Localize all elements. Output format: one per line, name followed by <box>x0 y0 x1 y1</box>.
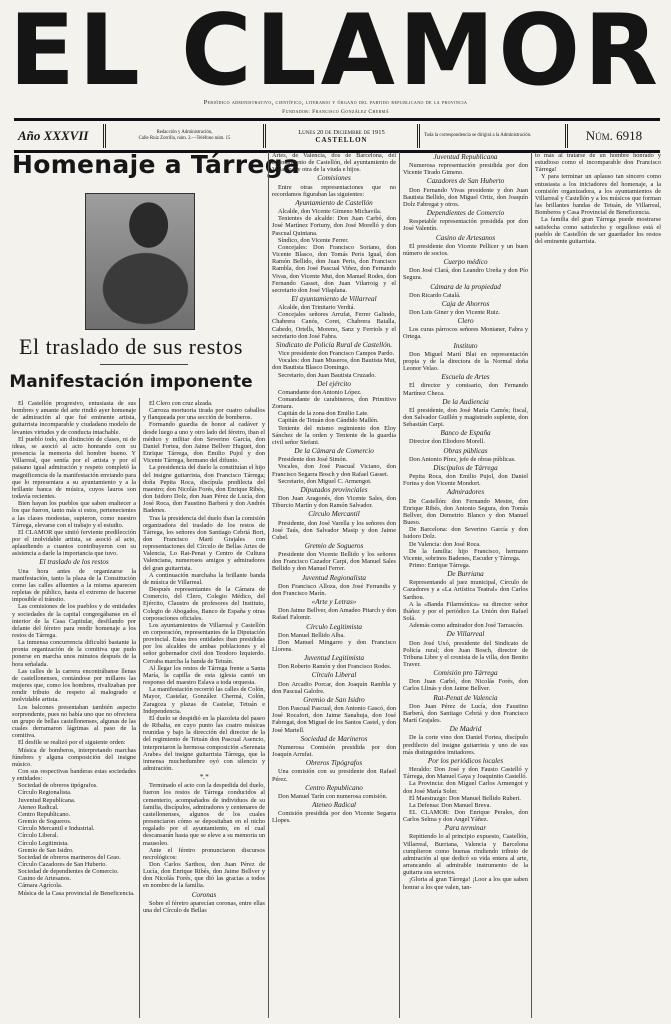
paragraph: Don Carlos Sarthou, don Juan Pérez de Lu… <box>143 861 265 890</box>
paragraph: Capitán de la zona don Emilio Late. <box>272 410 396 417</box>
paragraph: El presidente, don José María Camós; fis… <box>403 407 528 428</box>
paragraph: Además como admirador don José Tarrascón… <box>403 622 528 629</box>
year-label: Año XXXVII <box>14 124 106 148</box>
paragraph: Al llegar los restos de Tárrega frente a… <box>143 665 265 686</box>
paragraph: Presidente, don José Varella y los señor… <box>272 520 396 541</box>
paragraph: Gremio de Sogueros. <box>12 818 136 825</box>
city-name: CASTELLON <box>270 136 413 144</box>
paragraph: Cámara Agrícola. <box>12 882 136 889</box>
subsection-heading: De Madrid <box>403 726 528 733</box>
subsection-heading: Por los periódicos locales <box>403 758 528 765</box>
subsection-heading: Caja de Ahorros <box>403 301 528 308</box>
section-title: Manifestación imponente <box>0 372 262 392</box>
subsection-heading: Comisión pro Tárrega <box>403 670 528 677</box>
subsection-heading: Rat-Penat de Valencia <box>403 695 528 702</box>
subsection-heading: Del ejército <box>272 381 396 388</box>
newspaper-title: EL CLAMOR <box>7 2 665 100</box>
paragraph: Secretario, don Miguel C. Armengot. <box>272 478 396 485</box>
paragraph: El pueblo todo, sin distinción de clases… <box>12 436 136 500</box>
subsection-heading: Instituto <box>403 343 528 350</box>
paragraph: La familia del gran Tárrega puede mostra… <box>535 216 661 245</box>
column-divider <box>139 398 140 1018</box>
subsection-heading: Escuela de Artes <box>403 374 528 381</box>
paragraph: Don Luis Giner y don Vicente Ruiz. <box>403 309 528 316</box>
paragraph: Los balcones presentaban también aspecto… <box>12 704 136 740</box>
column-divider <box>399 152 400 1018</box>
subsection-heading: Juventud Republicana <box>403 154 528 161</box>
issue-number: Núm. 6918 <box>568 124 660 148</box>
paragraph: A la «Banda Filarmónica» su director señ… <box>403 601 528 622</box>
paragraph: Sociedad de dependientes de Comercio. <box>12 868 136 875</box>
article-headline: Homenaje a Tárrega <box>12 150 300 179</box>
paragraph: Comisión presidida por don Vicente Segar… <box>272 810 396 824</box>
subsection-heading: Obras públicas <box>403 448 528 455</box>
founder-line: Fundador: Francisco González Chermá <box>0 109 671 115</box>
paragraph: Don Miguel Martí Blat en representación … <box>403 351 528 372</box>
paragraph: De la familia: hijo Francisco, hermano V… <box>403 548 528 562</box>
paragraph: Don Roberto Ramón y don Francisco Rodes. <box>272 663 396 670</box>
subsection-heading: Cuerpo médico <box>403 259 528 266</box>
subsection-heading: Coronas <box>143 892 265 899</box>
subsection-heading: Comisiones <box>272 175 396 182</box>
subsection-heading: Gremio de Sogueros <box>272 543 396 550</box>
subsection-heading: Centro Republicano <box>272 785 396 792</box>
paragraph: Capitán de Tetuán don Cándido Mallén. <box>272 417 396 424</box>
subsection-heading: Obreros Tipógrafos <box>272 760 396 767</box>
subsection-heading: Discípulos de Tárrega <box>403 465 528 472</box>
paragraph: Concejales señores Arrufat, Ferrer Galin… <box>272 311 396 340</box>
paragraph: Representando al juez municipal, Círculo… <box>403 579 528 600</box>
paragraph: ¡Gloria al gran Tárrega! ¡Loor a los que… <box>403 876 528 890</box>
paragraph: Presidente don José Simón. <box>272 456 396 463</box>
paragraph: La Provincia: don Miguel Carlos Armengot… <box>403 780 528 794</box>
paragraph: Música de la Casa provincial de Benefice… <box>12 890 136 897</box>
paragraph: Alcalde, don Vicente Gimeno Michavila. <box>272 208 396 215</box>
paragraph: Terminado el acto con la despedida del d… <box>143 782 265 846</box>
column-divider <box>268 152 269 1018</box>
paragraph: Los ayuntamientos de Villarreal y Castel… <box>143 622 265 665</box>
paragraph: Don Fernando Vivas presidente y don Juan… <box>403 187 528 208</box>
paragraph: De Castellón: don Fernando Mestre, don E… <box>403 498 528 527</box>
paragraph: Don Pascual Pascual, don Antonio Gascó, … <box>272 705 396 734</box>
paragraph: Don Jaime Bellver, don Amadeo Pitarch y … <box>272 607 396 621</box>
info-bar: Año XXXVII Redacción y Administración, C… <box>14 122 660 150</box>
paragraph: Don Francisco Alloza, don José Ferrandis… <box>272 583 396 597</box>
paragraph: EL CLAMOR: Don Enrique Perales, don Carl… <box>403 809 528 823</box>
paragraph: Numerosa Comisión presidida por don Joaq… <box>272 744 396 758</box>
paragraph: Círculo Regionalista. <box>12 789 136 796</box>
paragraph: Don Juan Carbó, don Nicolás Forés, don C… <box>403 678 528 692</box>
paragraph: La Defensa: Don Manuel Breva. <box>403 802 528 809</box>
subsection-heading: De la Cámara de Comercio <box>272 448 396 455</box>
paragraph: El CLAMOR que sintió ferviente predilecc… <box>12 529 136 558</box>
paragraph: Primo: Enrique Tárrega. <box>403 562 528 569</box>
top-rule <box>14 118 660 121</box>
masthead: EL CLAMOR <box>0 0 671 100</box>
subsection-heading: Círculo Mercantil <box>272 511 396 518</box>
paragraph: Don José Uxó, presidente del Sindicato d… <box>403 640 528 669</box>
paragraph: Círculo Legitimista. <box>12 840 136 847</box>
paragraph: Comandante don Antonio López. <box>272 389 396 396</box>
paragraph: Una comisión con su presidente don Rafae… <box>272 768 396 782</box>
paragraph: Don Manuel Bellido Alba. <box>272 632 396 639</box>
subsection-heading: Casino de Artesanos <box>403 235 528 242</box>
subsection-heading: Juventud Regionalista <box>272 575 396 582</box>
administration-info: Redacción y Administración, Calle Ruiz Z… <box>106 124 266 148</box>
paragraph: Heraldo: Don José y don Fausto Castelló … <box>403 766 528 780</box>
column-4: Juventud RepublicanaNumerosa representac… <box>403 152 528 891</box>
subsection-heading: El ayuntamiento de Villarreal <box>272 296 396 303</box>
column-5: to más al tratarse de un hombre honrado … <box>535 152 661 245</box>
paragraph: Los curas párrocos señores Montaner, Fab… <box>403 326 528 340</box>
paragraph: Círculo Mercantil e Industrial. <box>12 825 136 832</box>
subsection-heading: El traslado de los restos <box>12 559 136 566</box>
paragraph: Don Manuel Mingarro y don Francisco Llor… <box>272 639 396 653</box>
paragraph: Don José Clará, don Leandro Ureña y don … <box>403 267 528 281</box>
subsection-heading: Ateneo Radical <box>272 802 396 809</box>
paragraph: Una hora antes de organizarse la manifes… <box>12 568 136 604</box>
paragraph: Las comisiones de los pueblos y de entid… <box>12 603 136 639</box>
tarrega-photo <box>85 193 195 330</box>
paragraph: Comandante de carabineros, don Primitivo… <box>272 396 396 410</box>
paragraph: Las calles de la carrera encontrábanse l… <box>12 668 136 704</box>
paragraph: Círculo Cazadores de San Huberto. <box>12 861 136 868</box>
paragraph: Secretario, don Juan Bautista Cruzado. <box>272 372 396 379</box>
paragraph: Después representantes de la Cámara de C… <box>143 586 265 622</box>
subsection-heading: Para terminar <box>403 825 528 832</box>
issue-date: Lunes 20 de Diciembre de 1915 CASTELLON <box>266 124 420 148</box>
paragraph: Don Ricardo Catalá. <box>403 292 528 299</box>
paragraph: Don Arcadio Porcar, don Joaquín Rambla y… <box>272 681 396 695</box>
subsection-heading: *.* <box>143 774 265 781</box>
paragraph: Tenientes de alcalde: Don Juan Carbó, do… <box>272 215 396 236</box>
paragraph: Centro Republicano. <box>12 811 136 818</box>
paragraph: Sociedad de obreros tipógrafos. <box>12 782 136 789</box>
column-divider <box>531 152 532 1018</box>
subsection-heading: De Villarreal <box>403 631 528 638</box>
subsection-heading: Círculo Liberal <box>272 672 396 679</box>
paragraph: La manifestación recorrió las calles de … <box>143 686 265 715</box>
paragraph: El director y comisario, don Fernando Ma… <box>403 382 528 396</box>
paragraph: El Maestrazgo: Don Manuel Bellido Rubert… <box>403 795 528 802</box>
paragraph: El Clero con cruz alzada. <box>143 400 265 407</box>
paragraph: De Valencia: don José Roca. <box>403 541 528 548</box>
paragraph: Sociedad de obreros marineros del Grao. <box>12 854 136 861</box>
subsection-heading: Ayuntamiento de Castellón <box>272 200 396 207</box>
paragraph: El desfile se realizó por el siguiente o… <box>12 739 136 746</box>
paragraph: Música de bomberos, interpretando marcha… <box>12 747 136 768</box>
admin-line-2: Calle Ruiz Zorrilla, núm. 2.—Teléfono nú… <box>110 136 259 142</box>
paragraph: Don Antonio Pírez, jefe de obras pública… <box>403 456 528 463</box>
paragraph: La inmensa concurrencia dificultó bastan… <box>12 639 136 668</box>
paragraph: Teniente del mismo regimiento don Eloy S… <box>272 425 396 446</box>
paragraph: De la corte vino don Daniel Fortea, disc… <box>403 734 528 755</box>
paragraph: to más al tratarse de un hombre honrado … <box>535 152 661 173</box>
subsection-heading: Cámara de la propiedad <box>403 284 528 291</box>
paragraph: Artes, de Valencia, dos de Barcelona, de… <box>272 152 396 173</box>
paragraph: De Barcelona: don Severino García y don … <box>403 526 528 540</box>
paragraph: Repitiendo lo al principio expuesto, Cas… <box>403 833 528 876</box>
paragraph: Vocales: don Juan Museros, don Bautista … <box>272 357 396 371</box>
paragraph: Respetable representación presidida por … <box>403 218 528 232</box>
paragraph: Bien hayan los pueblos que saben enaltec… <box>12 500 136 529</box>
decorative-rule <box>100 364 188 368</box>
subsection-heading: Sociedad de Marineros <box>272 736 396 743</box>
paragraph: El presidente don Vicente Pellicer y un … <box>403 243 528 257</box>
paragraph: Don Juan Pérez de Lucía, don Faustino Ba… <box>403 703 528 724</box>
paragraph: Círculo Liberal. <box>12 832 136 839</box>
paragraph: Con sus respectivas banderas estas socie… <box>12 768 136 782</box>
paragraph: Ateneo Radical. <box>12 804 136 811</box>
paragraph: Vocales, don José Pascual Viciano, don F… <box>272 463 396 477</box>
paragraph: Pepita Roca, don Emilio Pujol, don Danie… <box>403 473 528 487</box>
subsection-heading: Banco de España <box>403 430 528 437</box>
paragraph: Don Manuel Tarín con numerosa comisión. <box>272 793 396 800</box>
newspaper-subtitle: Periódico administrativo, científico, li… <box>0 99 671 106</box>
paragraph: Entre otras representaciones que no reco… <box>272 184 396 198</box>
paragraph: El Castellón progresivo, entusiasta de s… <box>12 400 136 436</box>
paragraph: Tras la presidencia del duelo iban la co… <box>143 515 265 572</box>
subsection-heading: Círculo Legitimista <box>272 624 396 631</box>
column-2: El Clero con cruz alzada.Carroza mortuor… <box>143 400 265 914</box>
paragraph: Alcalde, don Trinitario Verdiá. <box>272 304 396 311</box>
paragraph: Presidente don Vicente Bellido y los señ… <box>272 551 396 572</box>
paragraph: Concejales: Don Francisco Soriano, don V… <box>272 244 396 294</box>
paragraph: El duelo se despidió en la plazoleta del… <box>143 715 265 772</box>
subsection-heading: «Arte y Letras» <box>272 599 396 606</box>
paragraph: Numerosa representación presidida por do… <box>403 162 528 176</box>
correspondence-note: Toda la correspondencia se dirigirá a la… <box>420 124 568 148</box>
subsection-heading: Gremio de San Isidro <box>272 697 396 704</box>
paragraph: Ante el féretro pronunciaron discursos n… <box>143 847 265 861</box>
paragraph: Carroza mortuoria tirada por cuatro caba… <box>143 407 265 421</box>
paragraph: Y para terminar un aplauso tan sincero c… <box>535 173 661 216</box>
article-subheadline: El traslado de sus restos <box>0 334 262 360</box>
paragraph: Sobre el féretro aparecían coronas, entr… <box>143 900 265 914</box>
column-3: Artes, de Valencia, dos de Barcelona, de… <box>272 152 396 824</box>
paragraph: Vice presidente don Francisco Campos Par… <box>272 350 396 357</box>
subsection-heading: Cazadores de San Huberto <box>403 178 528 185</box>
paragraph: A continuación marchaba la brillante ban… <box>143 572 265 586</box>
paragraph: Gremio de San Isidro. <box>12 847 136 854</box>
subsection-heading: Diputados provinciales <box>272 487 396 494</box>
paragraph: Don Juan Aragonés, don Vicente Sales, do… <box>272 495 396 509</box>
subsection-heading: Sindicato de Policía Rural de Castellón. <box>272 342 396 349</box>
subsection-heading: De la Audiencia <box>403 399 528 406</box>
column-1: El Castellón progresivo, entusiasta de s… <box>12 400 136 897</box>
paragraph: Juventud Republicana. <box>12 797 136 804</box>
subsection-heading: Clero <box>403 318 528 325</box>
subsection-heading: Dependientes de Comercio <box>403 210 528 217</box>
subsection-heading: De Burriana <box>403 571 528 578</box>
paragraph: Director don Eliodoro Morell. <box>403 438 528 445</box>
paragraph: La presidencia del duelo la constituían … <box>143 464 265 514</box>
paragraph: Formando guardia de honor al cadáver y d… <box>143 421 265 464</box>
subsection-heading: Admiradores <box>403 489 528 496</box>
date-text: Lunes 20 de Diciembre de 1915 <box>270 129 413 136</box>
paragraph: Casino de Artesanos. <box>12 875 136 882</box>
paragraph: Síndico, don Vicente Ferrer. <box>272 237 396 244</box>
subsection-heading: Juventud Legitimista <box>272 655 396 662</box>
